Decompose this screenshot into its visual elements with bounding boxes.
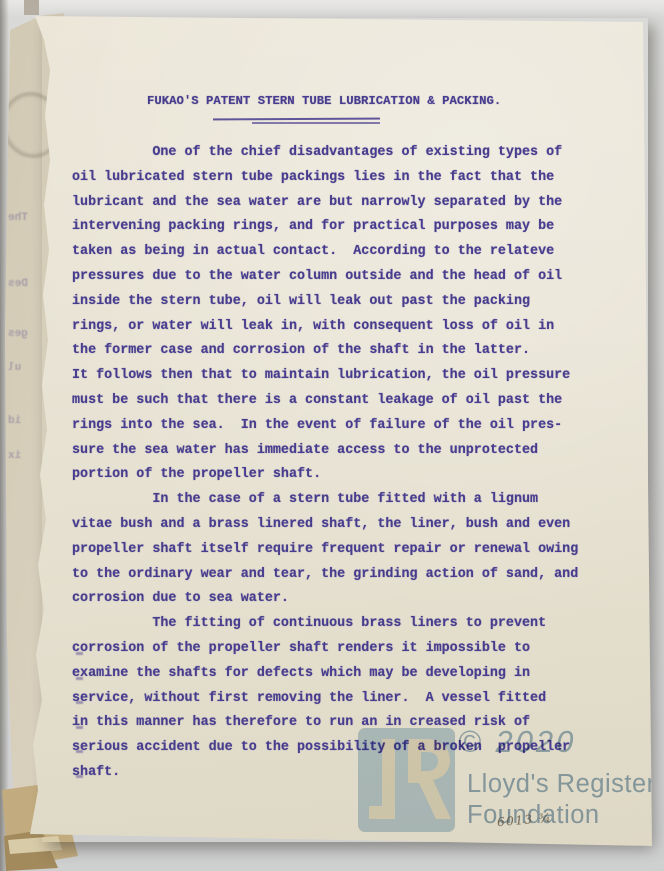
ghost-text: ul <box>8 362 21 374</box>
watermark-org-line1: Lloyd's Register <box>467 770 656 799</box>
ghost-text: id <box>8 415 21 427</box>
typewritten-page: FUKAO'S PATENT STERN TUBE LUBRICATION & … <box>0 0 664 871</box>
ghost-text: ix <box>8 450 21 462</box>
lloyds-register-logo-icon <box>358 728 455 832</box>
watermark-copyright: © 2020 <box>458 724 576 760</box>
watermark: © 2020 Lloyd's Register Foundation <box>0 0 664 871</box>
ghost-text: The <box>8 212 28 224</box>
ghost-text: Des <box>8 278 28 290</box>
document-scan: TheDesgesulidix FUKAO'S PATENT STERN TUB… <box>0 0 664 871</box>
ghost-text: ges <box>8 328 28 340</box>
paper-fragment <box>24 0 39 15</box>
